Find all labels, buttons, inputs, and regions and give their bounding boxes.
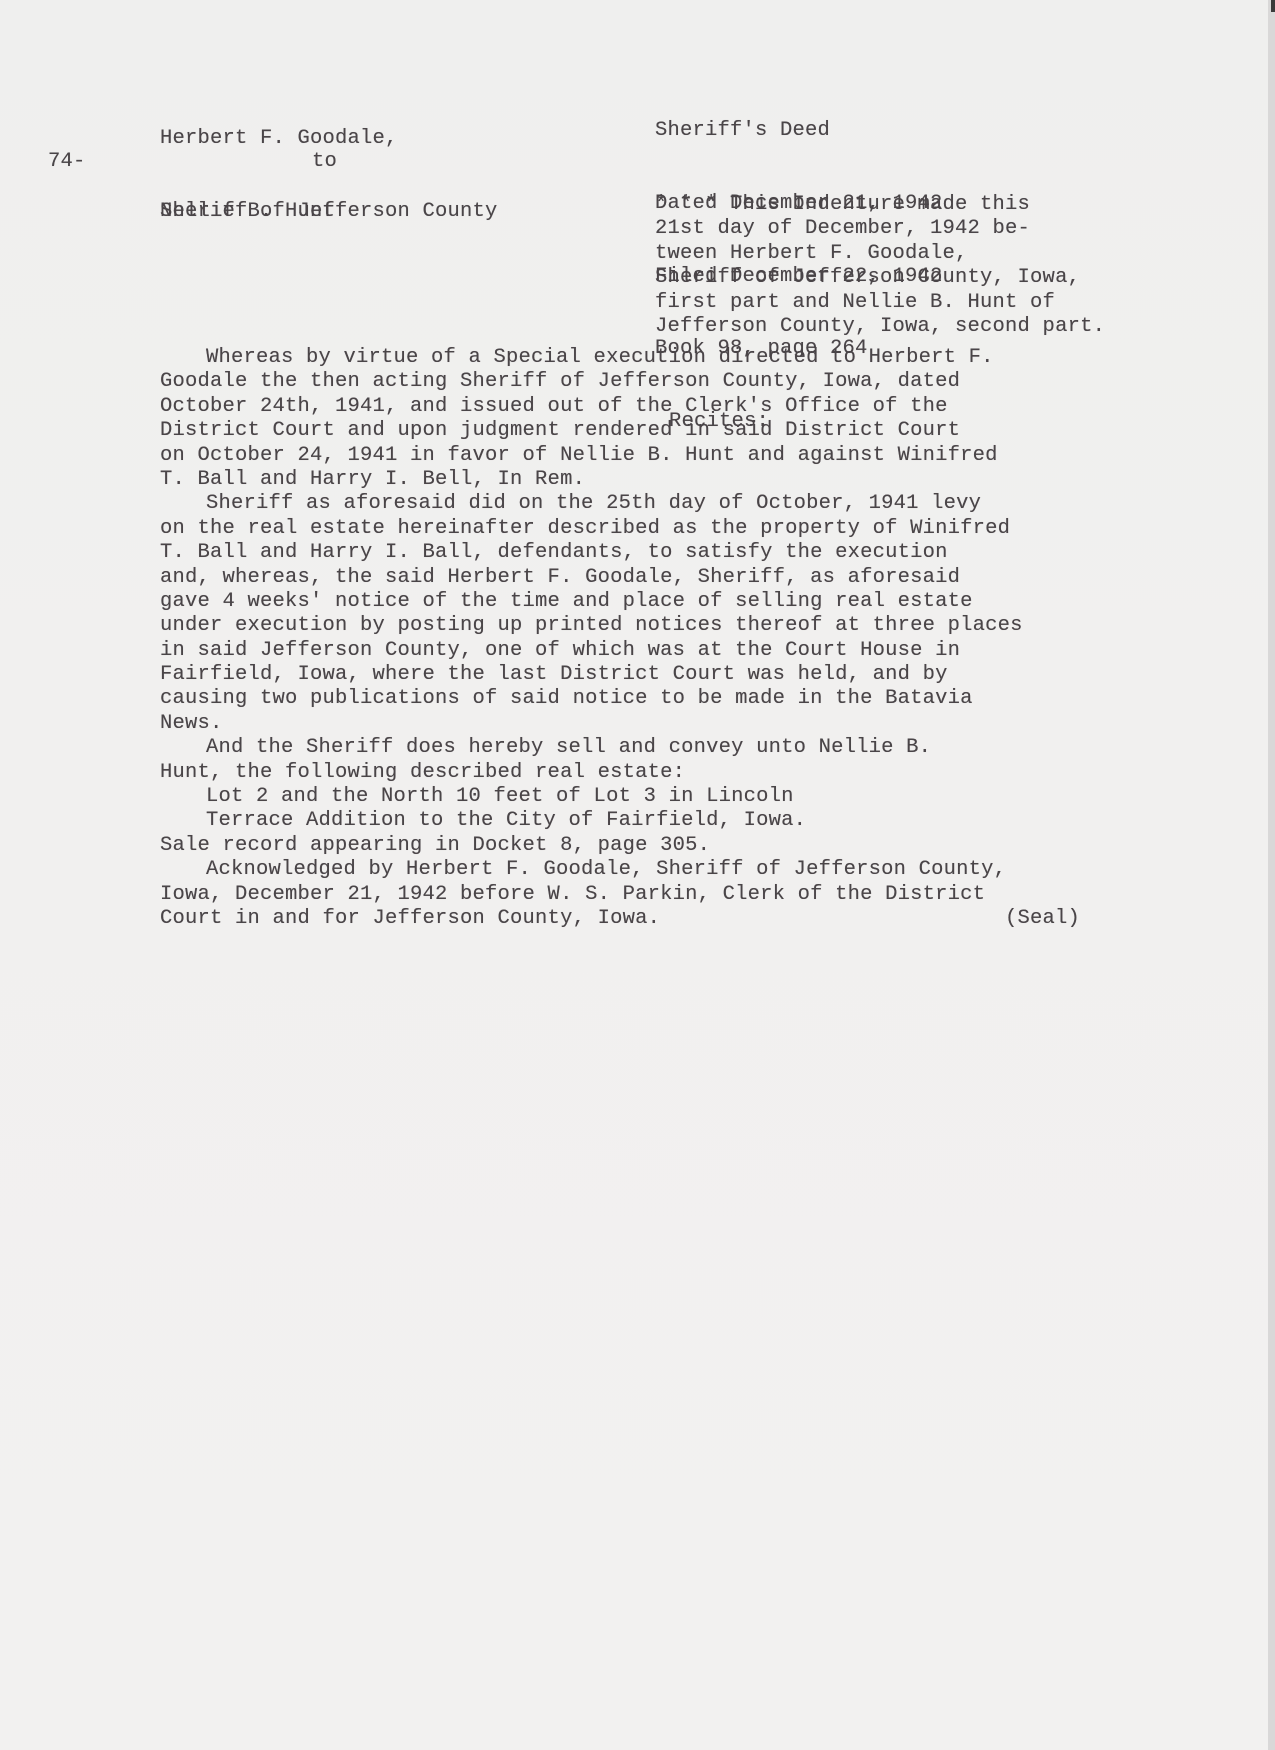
body-line: Whereas by virtue of a Special execution… <box>160 346 1023 370</box>
body-line: Court in and for Jefferson County, Iowa.… <box>160 907 1023 931</box>
body-line: Iowa, December 21, 1942 before W. S. Par… <box>160 883 1023 907</box>
body-line: on the real estate hereinafter described… <box>160 517 1023 541</box>
body-line: and, whereas, the said Herbert F. Goodal… <box>160 566 1023 590</box>
body-line: Fairfield, Iowa, where the last District… <box>160 663 1023 687</box>
body-line: in said Jefferson County, one of which w… <box>160 639 1023 663</box>
body-line: Terrace Addition to the City of Fairfiel… <box>160 809 1023 833</box>
body-line: Hunt, the following described real estat… <box>160 761 1023 785</box>
body-line: Acknowledged by Herbert F. Goodale, Sher… <box>160 858 1023 882</box>
deed-body: Whereas by virtue of a Special execution… <box>160 346 1023 931</box>
deed-type: Sheriff's Deed <box>655 119 943 143</box>
party-connector: to <box>312 150 337 174</box>
seal-marker: (Seal) <box>1005 907 1080 931</box>
body-line: And the Sheriff does hereby sell and con… <box>160 736 1023 760</box>
body-line: T. Ball and Harry I. Ball, defendants, t… <box>160 541 1023 565</box>
recital-line: first part and Nellie B. Hunt of <box>655 291 1105 315</box>
page-edge <box>1268 0 1275 1750</box>
page-corner-shadow <box>1271 0 1275 12</box>
body-line: Sheriff as aforesaid did on the 25th day… <box>160 492 1023 516</box>
body-line: Sale record appearing in Docket 8, page … <box>160 834 1023 858</box>
body-line: District Court and upon judgment rendere… <box>160 419 1023 443</box>
grantor-name: Herbert F. Goodale, <box>160 127 498 151</box>
body-line: October 24th, 1941, and issued out of th… <box>160 395 1023 419</box>
body-line: News. <box>160 712 1023 736</box>
body-line: Goodale the then acting Sheriff of Jeffe… <box>160 370 1023 394</box>
body-line: gave 4 weeks' notice of the time and pla… <box>160 590 1023 614</box>
grantee-name: Nellie B. Hunt <box>160 200 335 224</box>
body-line: T. Ball and Harry I. Bell, In Rem. <box>160 468 1023 492</box>
recital-block: * * * This Indenture made this21st day o… <box>655 193 1105 339</box>
recital-line: Jefferson County, Iowa, second part. <box>655 315 1105 339</box>
body-line: Lot 2 and the North 10 feet of Lot 3 in … <box>160 785 1023 809</box>
recital-line: Sheriff of Jefferson County, Iowa, <box>655 266 1105 290</box>
recital-line: * * * This Indenture made this <box>655 193 1105 217</box>
body-line: on October 24, 1941 in favor of Nellie B… <box>160 444 1023 468</box>
record-number: 74- <box>48 150 86 174</box>
body-line: under execution by posting up printed no… <box>160 614 1023 638</box>
recital-line: 21st day of December, 1942 be- <box>655 217 1105 241</box>
body-line: causing two publications of said notice … <box>160 687 1023 711</box>
recital-line: tween Herbert F. Goodale, <box>655 242 1105 266</box>
